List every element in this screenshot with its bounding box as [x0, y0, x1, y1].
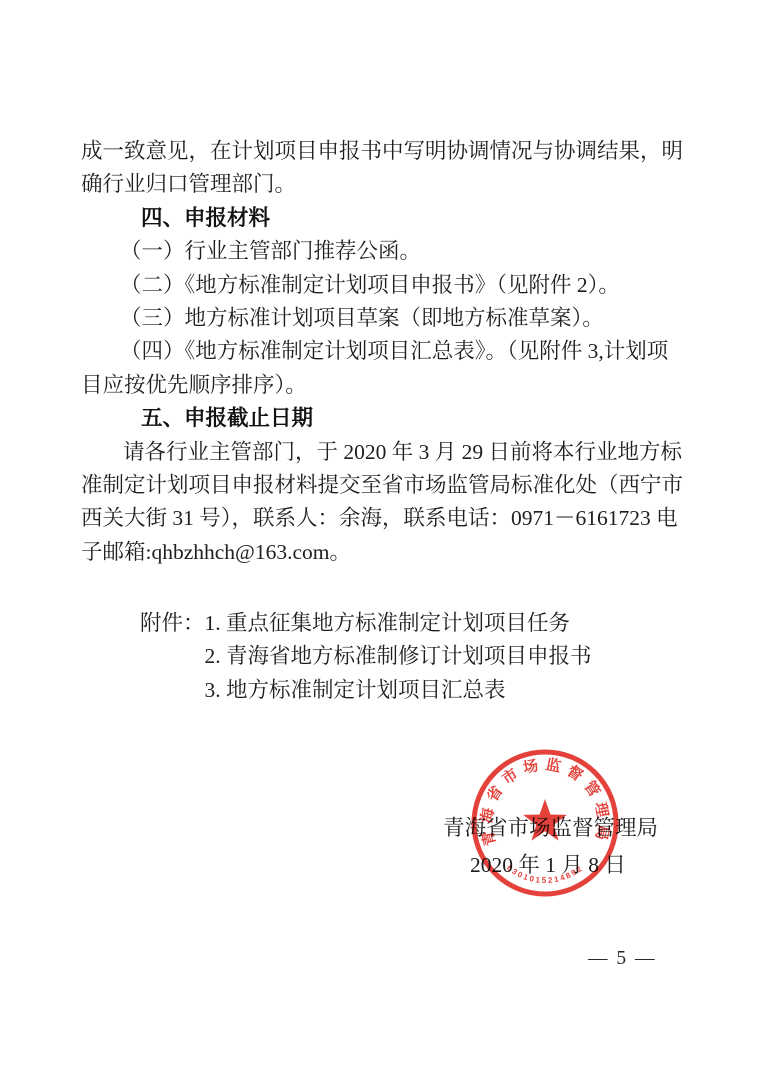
- paragraph-line: 准制定计划项目申报材料提交至省市场监管局标准化处（西宁市: [81, 469, 696, 502]
- seal-serial-number: 6301015214892: [505, 863, 585, 885]
- paragraph-line: 请各行业主管部门，于 2020 年 3 月 29 日前将本行业地方标: [81, 436, 696, 469]
- attachment-item: 1. 重点征集地方标准制定计划项目任务: [205, 607, 592, 640]
- list-item-2: （二）《地方标准制定计划项目申报书》（见附件 2）。: [81, 269, 696, 302]
- section-heading-materials: 四、申报材料: [81, 202, 696, 235]
- attachment-item: 3. 地方标准制定计划项目汇总表: [205, 674, 592, 707]
- page-number: — 5 —: [588, 948, 657, 970]
- attachments-label: 附件：: [140, 607, 205, 640]
- document-body: 成一致意见，在计划项目申报书中写明协调情况与协调结果，明 确行业归口管理部门。 …: [81, 135, 696, 569]
- seal-star-icon: [523, 799, 567, 841]
- attachments-block: 附件： 1. 重点征集地方标准制定计划项目任务 2. 青海省地方标准制修订计划项…: [140, 607, 592, 707]
- list-item-3: （三）地方标准计划项目草案（即地方标准草案）。: [81, 302, 696, 335]
- paragraph-line: 确行业归口管理部门。: [81, 168, 696, 201]
- list-item-4-continued: 目应按优先顺序排序）。: [81, 369, 696, 402]
- document-page: 成一致意见，在计划项目申报书中写明协调情况与协调结果，明 确行业归口管理部门。 …: [0, 0, 769, 1088]
- official-seal: 青海省市场监督管理局 6301015214892: [465, 743, 625, 903]
- list-item-1: （一）行业主管部门推荐公函。: [81, 235, 696, 268]
- paragraph-line: 子邮箱:qhbzhhch@163.com。: [81, 536, 696, 569]
- paragraph-line: 西关大街 31 号），联系人：余海，联系电话：0971－6161723 电: [81, 502, 696, 535]
- list-item-4: （四）《地方标准制定计划项目汇总表》。（见附件 3,计划项: [81, 335, 696, 368]
- attachment-item: 2. 青海省地方标准制修订计划项目申报书: [205, 640, 592, 673]
- section-heading-deadline: 五、申报截止日期: [81, 402, 696, 435]
- paragraph-line: 成一致意见，在计划项目申报书中写明协调情况与协调结果，明: [81, 135, 696, 168]
- attachments-list: 1. 重点征集地方标准制定计划项目任务 2. 青海省地方标准制修订计划项目申报书…: [205, 607, 592, 707]
